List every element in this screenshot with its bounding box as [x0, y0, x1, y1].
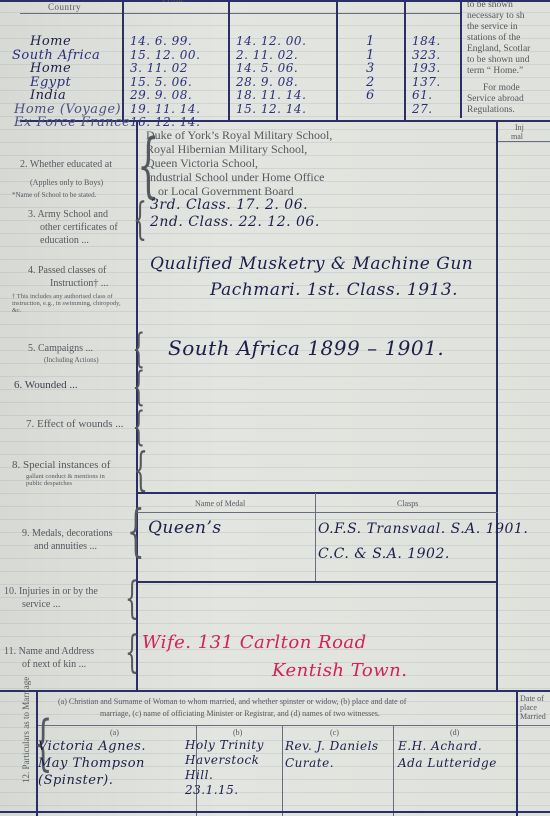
note-line: necessary to sh [467, 11, 550, 22]
s6-label: 6. Wounded ... [14, 379, 78, 392]
col-clasps: Clasps [397, 499, 418, 508]
label-line: Curate. [285, 755, 379, 772]
header-from: From [162, 0, 184, 4]
next-of-kin-line-2: Kentish Town. [272, 660, 407, 681]
label-line: 3. Army School and [28, 208, 118, 221]
s3-entry-1: 3rd. Class. 17. 2. 06. [150, 197, 308, 213]
bride-name: Victoria Agnes.May Thompson(Spinster). [38, 738, 146, 789]
note-line: Service abroad [467, 94, 550, 105]
s9-label: 9. Medals, decorationsand annuities ... [22, 527, 113, 553]
officiating-minister: Rev. J. DanielsCurate. [285, 738, 379, 772]
label-line: 4. Passed classes of [28, 264, 108, 277]
rule [20, 13, 460, 14]
s2-sub2: *Name of School to be stated. [12, 191, 96, 200]
brace: { [133, 452, 148, 486]
s3-label: 3. Army School andother certificates ofe… [28, 208, 118, 247]
service-record-page: Country From Home14. 6. 99.14. 12. 00.11… [0, 0, 550, 816]
col-divider [315, 493, 316, 581]
s2-option: Industrial School under Home Office [146, 170, 332, 184]
marriage-place-date: Holy TrinityHaverstockHill.23.1.15. [185, 738, 264, 798]
clasp-2: C.C. & S.A. 1902. [318, 546, 450, 562]
s4-entry-2: Pachmari. 1st. Class. 1913. [210, 280, 458, 300]
s2-option: Duke of York’s Royal Military School, [146, 128, 332, 142]
service-from: 14. 6. 99. [130, 34, 192, 48]
brace: { [125, 636, 139, 670]
service-days: 27. [412, 102, 433, 116]
service-to: 14. 5. 06. [236, 61, 298, 75]
service-to: 15. 12. 14. [236, 102, 306, 116]
service-to: 2. 11. 02. [236, 48, 298, 62]
service-note: to be shownnecessary to shthe service in… [467, 0, 550, 116]
service-to: 14. 12. 00. [236, 34, 306, 48]
s12-instructions-2: marriage, (c) name of officiating Minist… [100, 709, 380, 718]
label-line: Married [520, 712, 546, 721]
s5-label: 5. Campaigns ... [28, 342, 93, 355]
s5-entry: South Africa 1899 – 1901. [168, 336, 444, 360]
col-divider [282, 725, 283, 816]
s4-entry-1: Qualified Musketry & Machine Gun [150, 254, 473, 274]
label-line: May Thompson [38, 755, 146, 772]
service-from: 19. 11. 14. [130, 102, 200, 116]
label-line: Instruction† ... [28, 277, 108, 290]
service-from: 29. 9. 08. [130, 88, 192, 102]
service-years: 6 [366, 88, 375, 103]
note-line: term “ Home.” [467, 66, 550, 77]
header-country: Country [48, 2, 81, 12]
col-a: (a) [110, 728, 119, 737]
col-medal-name: Name of Medal [195, 499, 245, 508]
brace: { [132, 332, 145, 366]
label-line: 11. Name and Address [4, 645, 94, 658]
label-line: (Spinster). [38, 772, 146, 789]
service-to: 18. 11. 14. [236, 88, 306, 102]
label-line: Haverstock [185, 753, 264, 768]
label-line: education ... [28, 234, 118, 247]
label-line: Rev. J. Daniels [285, 738, 379, 755]
label-line: other certificates of [28, 221, 118, 234]
rule [136, 512, 498, 513]
label-line: of next of kin ... [4, 658, 94, 671]
col-b: (b) [233, 728, 242, 737]
note-line: England, Scotlar [467, 44, 550, 55]
rule [36, 725, 550, 726]
s2-options: Duke of York’s Royal Military School,Roy… [146, 128, 332, 198]
note-line: Regulations. [467, 105, 550, 116]
col-divider [404, 0, 406, 122]
s11-label: 11. Name and Addressof next of kin ... [4, 645, 94, 671]
margin-header-2: mal [511, 132, 523, 141]
col-divider [122, 0, 124, 122]
s2-sub1: (Applies only to Boys) [30, 178, 103, 187]
label-line: Holy Trinity [185, 738, 264, 753]
rule [136, 581, 498, 583]
service-from: 15. 5. 06. [130, 75, 192, 89]
col-divider [228, 0, 230, 122]
s8-sub: gallant conduct & mentions in public des… [26, 473, 122, 487]
label-line: 9. Medals, decorations [22, 527, 113, 540]
service-from: 3. 11. 02 [130, 61, 188, 75]
medal-name: Queen’s [148, 518, 222, 538]
label-line: Ada Lutteridge [398, 755, 497, 772]
service-days: 323. [412, 48, 441, 62]
s10-label: 10. Injuries in or by theservice ... [4, 585, 98, 611]
s5-sub: (Including Actions) [44, 356, 99, 365]
note-line: to be shown [467, 0, 550, 11]
label-line: and annuities ... [22, 540, 113, 553]
label-line: 23.1.15. [185, 783, 264, 798]
col-divider [460, 0, 462, 118]
label-line: E.H. Achard. [398, 738, 497, 755]
label-line: Date of [520, 694, 546, 703]
col-divider [393, 725, 394, 816]
s8-label: 8. Special instances of [12, 459, 110, 472]
s4-label: 4. Passed classes ofInstruction† ... [28, 264, 108, 290]
label-line: service ... [4, 598, 98, 611]
label-line: place [520, 703, 546, 712]
s12-instructions-1: (a) Christian and Surname of Woman to wh… [58, 697, 406, 706]
margin-header-1: Inj [515, 123, 524, 132]
s12-side-label: 12. Particulars as to Marriage [21, 703, 31, 783]
next-of-kin-line-1: Wife. 131 Carlton Road [142, 632, 367, 653]
s7-label: 7. Effect of wounds ... [26, 418, 124, 431]
label-line: Hill. [185, 768, 264, 783]
rule [0, 690, 550, 692]
rule [0, 811, 550, 813]
col-divider [516, 692, 518, 816]
note-line: the service in [467, 22, 550, 33]
col-d: (d) [450, 728, 459, 737]
clasp-1: O.F.S. Transvaal. S.A. 1901. [318, 521, 528, 537]
s3-entry-2: 2nd. Class. 22. 12. 06. [150, 214, 320, 230]
service-days: 184. [412, 34, 441, 48]
s2-option: or Local Government Board [146, 184, 332, 198]
s2-option: Royal Hibernian Military School, [146, 142, 332, 156]
s2-label: 2. Whether educated at [20, 158, 112, 171]
note-line: stations of the [467, 33, 550, 44]
s2-option: Queen Victoria School, [146, 156, 332, 170]
service-country: Ex Force France [14, 115, 130, 130]
col-divider [336, 0, 338, 122]
s12-right-header: Date ofplaceMarried [520, 694, 546, 721]
brace: { [125, 582, 139, 616]
brace: { [132, 370, 145, 404]
brace: { [127, 515, 145, 549]
rule [498, 141, 550, 142]
service-days: 61. [412, 88, 433, 102]
label-line: Victoria Agnes. [38, 738, 146, 755]
col-c: (c) [330, 728, 339, 737]
brace: { [132, 410, 145, 444]
service-to: 28. 9. 08. [236, 75, 298, 89]
body-right-rule [496, 122, 498, 690]
s4-footnote: † This includes any authorised class of … [12, 293, 122, 314]
witnesses: E.H. Achard.Ada Lutteridge [398, 738, 497, 772]
note-line: For mode [467, 83, 550, 94]
label-line: 10. Injuries in or by the [4, 585, 98, 598]
service-from: 15. 12. 00. [130, 48, 200, 62]
note-line: to be shown und [467, 55, 550, 66]
brace: { [133, 203, 147, 237]
service-days: 193. [412, 61, 441, 75]
service-days: 137. [412, 75, 441, 89]
rule [136, 492, 498, 494]
